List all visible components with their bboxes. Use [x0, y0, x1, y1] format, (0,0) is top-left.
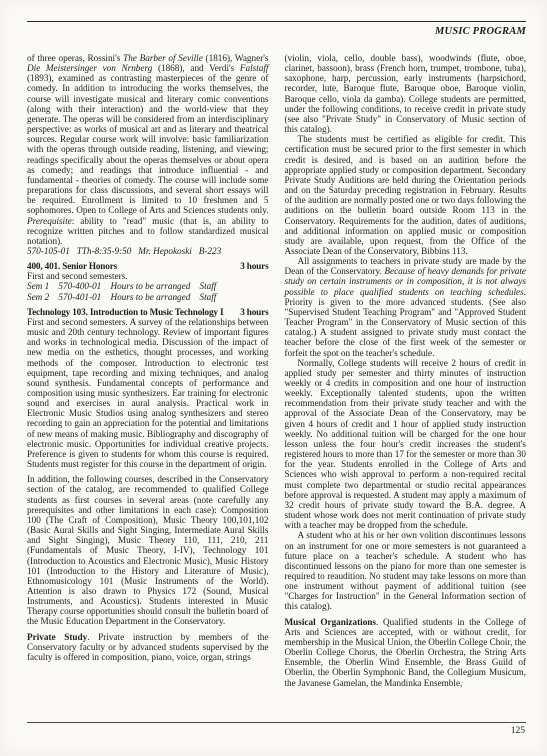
paragraph-credit-hours-policy: Normally, College students will receive … [285, 358, 527, 531]
paragraph-discontinued-lessons: A student who at his or her own volition… [285, 530, 527, 611]
header-rule [27, 21, 526, 22]
course-title: Technology 103. Introduction to Music Te… [27, 307, 223, 317]
page-number: 125 [511, 726, 525, 736]
paragraph-recommended-courses: In addition, the following courses, desc… [27, 474, 269, 626]
course-credit-hours: 3 hours [234, 261, 268, 271]
course-credit-hours: 3 hours [234, 307, 268, 317]
course-subtitle: First and second semesters. [27, 271, 269, 281]
course-meta-line: Sem 2 570-401-01 Hours to be arranged St… [27, 292, 269, 302]
page-title: MUSIC PROGRAM [435, 26, 526, 37]
course-meta-line: Sem 1 570-400-01 Hours to be arranged St… [27, 281, 269, 291]
paragraph-teacher-assignments: All assignments to teachers in private s… [285, 256, 527, 358]
course-heading-technology-103: Technology 103. Introduction to Music Te… [27, 307, 269, 317]
footer-rule [27, 722, 526, 723]
paragraph-credit-certification: The students must be certified as eligib… [285, 134, 527, 256]
left-column: of three operas, Rossini's The Barber of… [27, 53, 269, 688]
catalog-page: MUSIC PROGRAM of three operas, Rossini's… [0, 0, 547, 756]
paragraph-private-study: Private Study. Private instruction by me… [27, 632, 269, 662]
right-column: (violin, viola, cello, double bass), woo… [285, 53, 527, 688]
paragraph-opera-course: of three operas, Rossini's The Barber of… [27, 53, 269, 246]
two-column-layout: of three operas, Rossini's The Barber of… [27, 53, 526, 688]
course-meta-line: 570-105-01 TTh-8:35-9:50 Mr. Hepokoski B… [27, 246, 269, 256]
course-heading-senior-honors: 400, 401. Senior Honors 3 hours [27, 261, 269, 271]
course-title: 400, 401. Senior Honors [27, 261, 117, 271]
paragraph-musical-organizations: Musical Organizations. Qualified student… [285, 617, 527, 688]
paragraph-technology-103: First and second semesters. A survey of … [27, 317, 269, 469]
paragraph-instrument-list: (violin, viola, cello, double bass), woo… [285, 53, 527, 134]
